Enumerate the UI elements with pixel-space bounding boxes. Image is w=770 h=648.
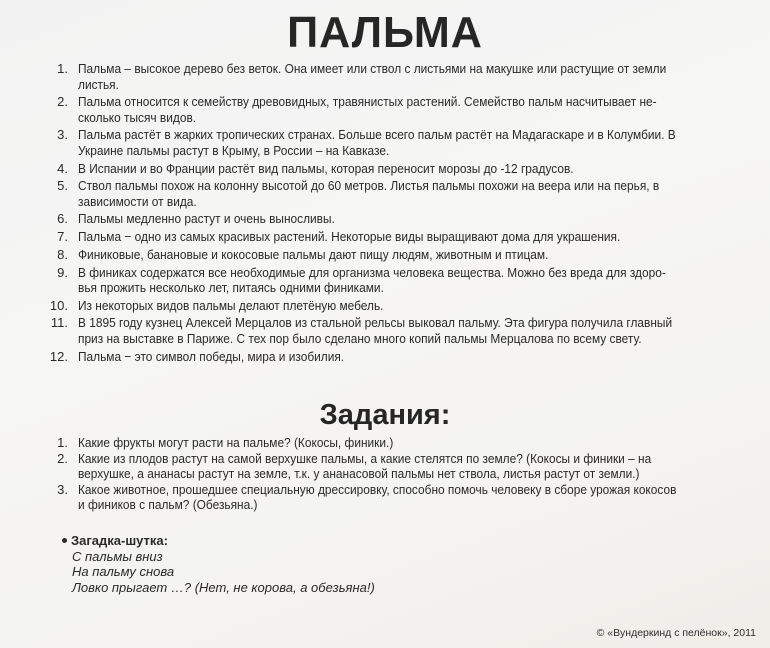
- fact-text-line: Пальмы медленно растут и очень выносливы…: [78, 211, 687, 227]
- task-number: 2.: [44, 451, 68, 467]
- task-text-line: Какое животное, прошедшее специальную др…: [78, 482, 687, 498]
- fact-text-line: листья.: [78, 77, 687, 93]
- fact-number: 2.: [44, 94, 68, 110]
- fact-text-line: зависимости от вида.: [78, 194, 687, 210]
- task-text-line: верхушке, а ананасы растут на земле, т.к…: [78, 466, 687, 482]
- copyright-notice: © «Вундеркинд с пелёнок», 2011: [597, 627, 756, 639]
- bullet-icon: [62, 538, 67, 543]
- fact-item: 6. Пальмы медленно растут и очень выносл…: [44, 211, 744, 227]
- fact-item: 12. Пальма − это символ победы, мира и и…: [44, 349, 744, 365]
- fact-text-line: сколько тысяч видов.: [78, 110, 687, 126]
- task-text-line: и фиников с пальм? (Обезьяна.): [78, 497, 687, 513]
- task-text-line: Какие из плодов растут на самой верхушке…: [78, 451, 687, 467]
- task-item: 2. Какие из плодов растут на самой верху…: [44, 451, 744, 482]
- task-number: 3.: [44, 482, 68, 498]
- riddle-line: Ловко прыгает …? (Нет, не корова, а обез…: [62, 580, 375, 596]
- fact-number: 6.: [44, 211, 68, 227]
- riddle-line: На пальму снова: [62, 564, 375, 580]
- fact-text-line: Пальма – высокое дерево без веток. Она и…: [78, 61, 687, 77]
- tasks-list: 1. Какие фрукты могут расти на пальме? (…: [44, 435, 744, 513]
- fact-item: 10. Из некоторых видов пальмы делают пле…: [44, 298, 744, 314]
- fact-text-line: Украине пальмы растут в Крыму, в России …: [78, 143, 687, 159]
- fact-number: 10.: [44, 298, 68, 314]
- fact-number: 11.: [44, 315, 68, 331]
- fact-text-line: вья прожить несколько лет, питаясь одним…: [78, 280, 687, 296]
- riddle-block: Загадка-шутка: С пальмы вниз На пальму с…: [62, 533, 375, 595]
- task-item: 3. Какое животное, прошедшее специальную…: [44, 482, 744, 513]
- riddle-heading: Загадка-шутка:: [62, 533, 375, 549]
- fact-number: 1.: [44, 61, 68, 77]
- task-number: 1.: [44, 435, 68, 451]
- page-title: ПАЛЬМА: [8, 9, 763, 57]
- riddle-line: С пальмы вниз: [62, 549, 375, 565]
- fact-text-line: В Испании и во Франции растёт вид пальмы…: [78, 161, 687, 177]
- fact-number: 5.: [44, 178, 68, 194]
- fact-text-line: Пальма − одно из самых красивых растений…: [78, 229, 687, 245]
- fact-item: 8. Финиковые, банановые и кокосовые паль…: [44, 247, 744, 263]
- fact-text-line: В 1895 году кузнец Алексей Мерцалов из с…: [78, 315, 687, 331]
- fact-text-line: Финиковые, банановые и кокосовые пальмы …: [78, 247, 687, 263]
- fact-number: 4.: [44, 161, 68, 177]
- task-item: 1. Какие фрукты могут расти на пальме? (…: [44, 435, 744, 451]
- fact-item: 3. Пальма растёт в жарких тропических ст…: [44, 127, 744, 158]
- fact-item: 11. В 1895 году кузнец Алексей Мерцалов …: [44, 315, 744, 346]
- fact-number: 3.: [44, 127, 68, 143]
- fact-item: 4. В Испании и во Франции растёт вид пал…: [44, 161, 744, 177]
- fact-text-line: приз на выставке в Париже. С тех пор был…: [78, 331, 687, 347]
- fact-item: 2. Пальма относится к семейству древовид…: [44, 94, 744, 125]
- fact-item: 1. Пальма – высокое дерево без веток. Он…: [44, 61, 744, 92]
- fact-item: 7. Пальма − одно из самых красивых расте…: [44, 229, 744, 245]
- fact-text-line: Пальма − это символ победы, мира и изоби…: [78, 349, 687, 365]
- fact-number: 7.: [44, 229, 68, 245]
- fact-text-line: Пальма растёт в жарких тропических стран…: [78, 127, 687, 143]
- fact-item: 9. В финиках содержатся все необходимые …: [44, 265, 744, 296]
- riddle-title-text: Загадка-шутка:: [71, 533, 168, 549]
- fact-text-line: В финиках содержатся все необходимые для…: [78, 265, 687, 281]
- fact-number: 12.: [44, 349, 68, 365]
- tasks-heading: Задания:: [0, 398, 770, 432]
- fact-text-line: Ствол пальмы похож на колонну высотой до…: [78, 178, 687, 194]
- facts-list: 1. Пальма – высокое дерево без веток. Он…: [44, 61, 744, 366]
- fact-text-line: Пальма относится к семейству древовидных…: [78, 94, 687, 110]
- fact-number: 9.: [44, 265, 68, 281]
- fact-number: 8.: [44, 247, 68, 263]
- fact-item: 5. Ствол пальмы похож на колонну высотой…: [44, 178, 744, 209]
- task-text-line: Какие фрукты могут расти на пальме? (Кок…: [78, 435, 687, 451]
- fact-text-line: Из некоторых видов пальмы делают плетёну…: [78, 298, 687, 314]
- worksheet-page: ПАЛЬМА 1. Пальма – высокое дерево без ве…: [0, 0, 770, 648]
